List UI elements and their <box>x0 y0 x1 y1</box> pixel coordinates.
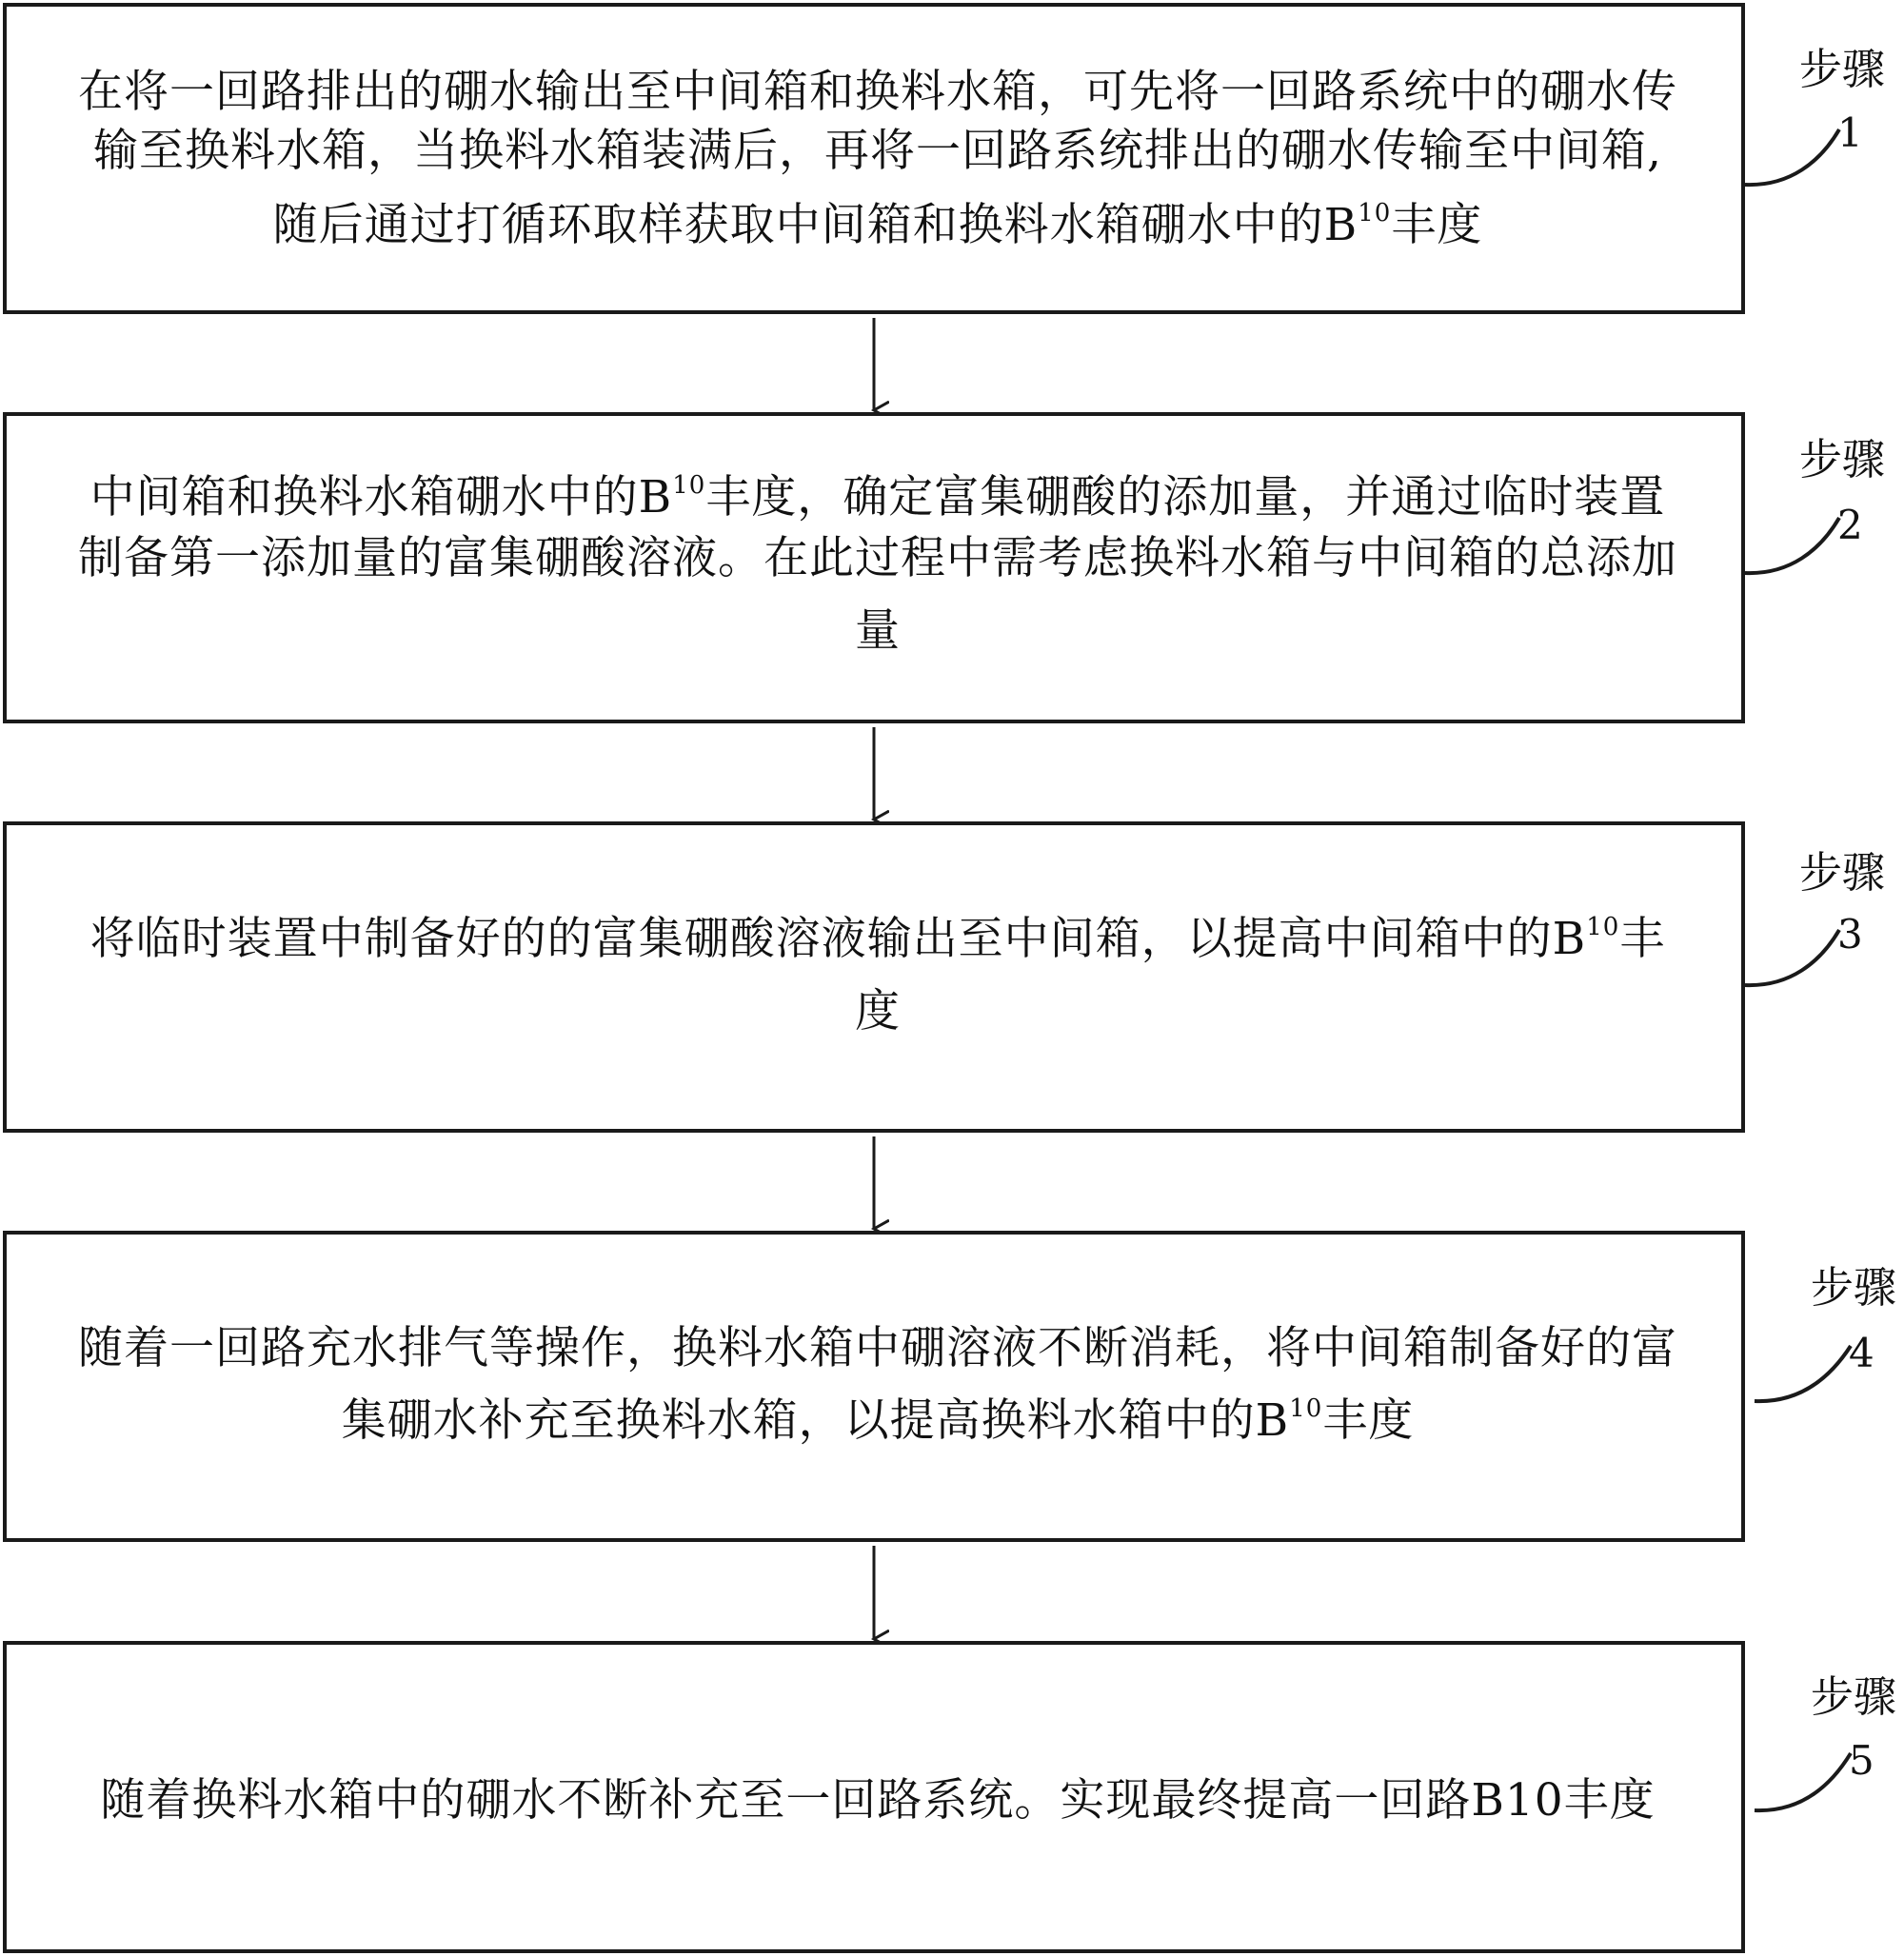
step-4-label: 步骤 <box>1811 1264 1896 1312</box>
step-1-number: 1 <box>1837 112 1863 154</box>
superscript-10: 10 <box>1358 199 1391 227</box>
step-1-box: 在将一回路排出的硼水输出至中间箱和换料水箱，可先将一回路系统中的硼水传 输至换料… <box>3 3 1745 314</box>
step-1-line-3: 随后通过打循环取样获取中间箱和换料水箱硼水中的B10丰度 <box>7 197 1749 254</box>
step-1-line-2: 输至换料水箱，当换料水箱装满后，再将一回路系统排出的硼水传输至中间箱, <box>7 123 1749 180</box>
step-5-line-1: 随着换料水箱中的硼水不断补充至一回路系统。实现最终提高一回路B10丰度 <box>7 1772 1749 1829</box>
step-2-line-2: 制备第一添加量的富集硼酸溶液。在此过程中需考虑换料水箱与中间箱的总添加 <box>7 530 1749 587</box>
leader-curve-step-2 <box>1745 518 1839 573</box>
step-5-label: 步骤 <box>1811 1673 1896 1721</box>
step-3-number: 3 <box>1837 914 1863 956</box>
step-1-line-1: 在将一回路排出的硼水输出至中间箱和换料水箱，可先将一回路系统中的硼水传 <box>7 64 1749 121</box>
step-4-line-2: 集硼水补充至换料水箱，以提高换料水箱中的B10丰度 <box>7 1393 1749 1450</box>
leader-curve-step-3 <box>1745 930 1839 985</box>
step-5-box: 随着换料水箱中的硼水不断补充至一回路系统。实现最终提高一回路B10丰度 <box>3 1641 1745 1953</box>
step-4-box: 随着一回路充水排气等操作，换料水箱中硼溶液不断消耗，将中间箱制备好的富 集硼水补… <box>3 1231 1745 1542</box>
step-5-number: 5 <box>1849 1740 1874 1782</box>
step-1-label: 步骤 <box>1799 46 1885 93</box>
superscript-10: 10 <box>1586 913 1619 941</box>
step-3-line-2: 度 <box>7 983 1749 1040</box>
superscript-10: 10 <box>1289 1394 1322 1423</box>
step-2-box: 中间箱和换料水箱硼水中的B10丰度，确定富集硼酸的添加量，并通过临时装置 制备第… <box>3 412 1745 723</box>
step-3-label: 步骤 <box>1799 849 1885 897</box>
step-2-line-1: 中间箱和换料水箱硼水中的B10丰度，确定富集硼酸的添加量，并通过临时装置 <box>7 469 1749 526</box>
leader-curve-step-5 <box>1755 1753 1851 1810</box>
step-2-label: 步骤 <box>1799 436 1885 484</box>
step-3-box: 将临时装置中制备好的的富集硼酸溶液输出至中间箱，以提高中间箱中的B10丰 度 <box>3 821 1745 1133</box>
superscript-10: 10 <box>672 471 705 500</box>
step-3-line-1: 将临时装置中制备好的的富集硼酸溶液输出至中间箱，以提高中间箱中的B10丰 <box>7 911 1749 968</box>
leader-curve-step-1 <box>1745 129 1839 185</box>
step-4-number: 4 <box>1849 1333 1874 1374</box>
step-2-line-3: 量 <box>7 603 1749 660</box>
step-2-number: 2 <box>1837 504 1863 546</box>
leader-curve-step-4 <box>1755 1346 1851 1401</box>
step-4-line-1: 随着一回路充水排气等操作，换料水箱中硼溶液不断消耗，将中间箱制备好的富 <box>7 1320 1749 1377</box>
